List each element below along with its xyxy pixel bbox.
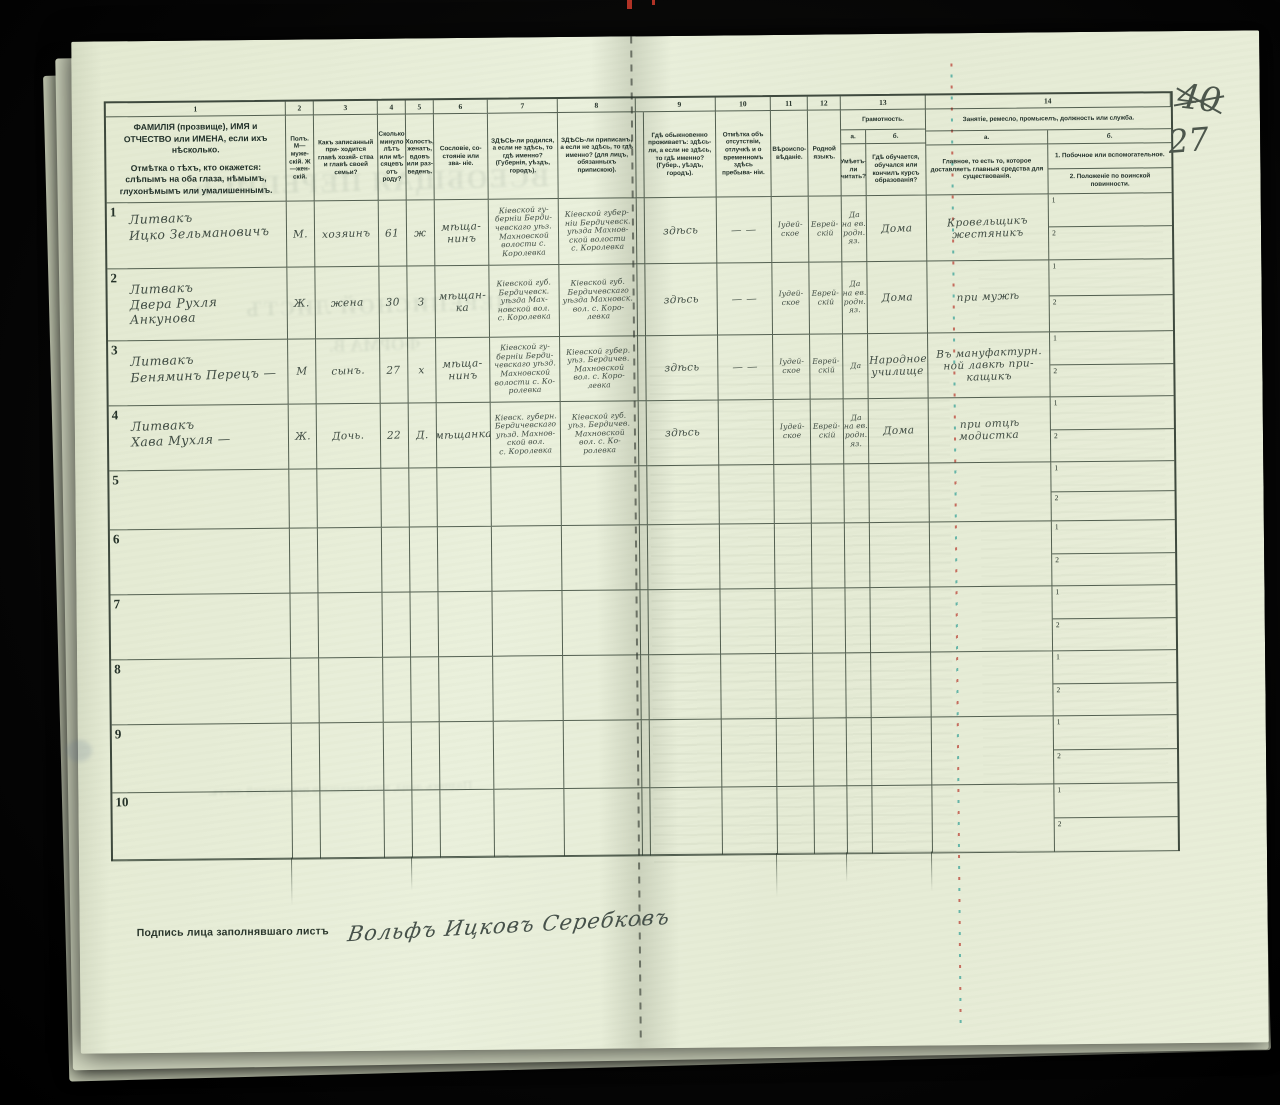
- red-mark: [627, 0, 632, 9]
- cell-r10-reg: [564, 788, 643, 857]
- header-column-number-11: 11: [771, 97, 808, 111]
- cell-r10-side-occupation: 1: [1054, 783, 1177, 818]
- cell-r8-res: [649, 655, 722, 721]
- cell-r5-born: [491, 467, 562, 527]
- cell-r4-religion: Іудей-ское: [774, 400, 812, 465]
- cell-r1-rel: хозяинъ: [315, 201, 380, 268]
- cell-r9-age: [384, 722, 413, 790]
- cell-r3-age: 27: [380, 339, 409, 404]
- cell-r5-side-occupation: 1: [1051, 461, 1174, 492]
- header-col-c2: Полъ. М—муже- скій. Ж—жен- скій.: [286, 115, 315, 201]
- cell-r10-res: [650, 788, 723, 857]
- cell-r4-occ: при отцѣмодистка: [929, 397, 1052, 463]
- cell-r9-side-occupation: 1: [1054, 715, 1177, 750]
- cell-r10-edu: [872, 785, 933, 854]
- cell-r8-mar: [411, 657, 440, 722]
- cell-r9-religion: [777, 719, 815, 787]
- cell-r6-age: [382, 527, 411, 592]
- cell-r3-lang: Еврей-скій: [810, 334, 844, 399]
- cell-r6-born: [492, 526, 563, 592]
- header-fold-gap: [636, 98, 644, 112]
- cell-r1-born: Кіевской гу-берніи Берди-чевскаго уѣз.Ма…: [489, 199, 560, 266]
- cell-r6-reg: [562, 525, 641, 591]
- cell-r1-age: 61: [379, 201, 408, 267]
- header-col1-name: ФАМИЛІЯ (прозвище), ИМЯ и ОТЧЕСТВО или И…: [106, 116, 287, 204]
- cell-r5-lang: [811, 464, 845, 523]
- cell-r7-military: 2: [1053, 618, 1176, 651]
- cell-r1-side-occupation: 1: [1049, 193, 1172, 227]
- cell-r2-lit: Дана ев.родн.яз.: [842, 262, 868, 334]
- header-col14b-military-label: 2. Положеніе по воинской повинности.: [1048, 168, 1171, 194]
- cell-r2-born: Кіевской губ.Бердичевск.уѣзда Мах-новско…: [489, 265, 560, 338]
- cell-r10-occ: [932, 784, 1055, 853]
- cell-r6-abs: [720, 524, 776, 590]
- cell-r5-est: [437, 468, 492, 528]
- cell-r3-name: 3ЛитвакъБеняминъ Перецъ —: [108, 340, 289, 407]
- cell-r2-sex: Ж.: [287, 267, 316, 339]
- page-corner-numbers: 40 27: [1178, 79, 1222, 159]
- cell-r6-lit: [845, 523, 871, 588]
- header-col-c7: ЗДѢСЬ-ли родился, а если не здѣсь, то гд…: [488, 113, 559, 200]
- header-col-c5: Холостъ, женатъ, вдовъ или раз- веденъ.: [406, 114, 435, 200]
- cell-r9-edu: [872, 717, 933, 786]
- cell-r1-reg: Кіевской губер-ніи Бердичевск.уѣзда Махн…: [559, 198, 638, 265]
- cell-r8-age: [383, 657, 412, 722]
- cell-r2-est: мѣщан-ка: [435, 266, 490, 339]
- cell-r6-sex: [290, 528, 319, 593]
- cell-r1-est: мѣща-нинъ: [435, 200, 490, 267]
- cell-r8-religion: [776, 654, 814, 719]
- cell-r5-military: 2: [1052, 491, 1175, 521]
- cell-r9-lang: [814, 718, 848, 786]
- cell-r6-religion: [775, 524, 813, 589]
- cell-r7-lang: [812, 588, 846, 653]
- cell-r8-side-occupation: 1: [1053, 650, 1176, 684]
- cell-r7-reg: [562, 590, 641, 656]
- cell-r2-rel: жена: [315, 267, 380, 340]
- cell-r4-lang: Еврей-скій: [811, 399, 845, 464]
- cell-r10-est: [440, 790, 495, 859]
- cell-r6-edu: [870, 523, 931, 589]
- cell-r10-lang: [814, 786, 848, 854]
- cell-r3-mar: х: [408, 338, 437, 403]
- cell-r10-sex: [292, 791, 321, 859]
- cell-r3-military: 2: [1050, 364, 1173, 397]
- header-col-c10: Отмѣтка объ отсутствіи, отлучкѣ и о врем…: [716, 111, 772, 198]
- census-table: 1234567891011121314ФАМИЛІЯ (прозвище), И…: [104, 91, 1180, 861]
- cell-r7-age: [382, 592, 411, 657]
- cell-r7-res: [648, 590, 721, 656]
- cell-r3-religion: Іудей-ское: [773, 335, 811, 400]
- line-extension: [291, 858, 292, 906]
- cell-r3-rel: сынъ.: [316, 339, 381, 405]
- header-col-c9: Гдѣ обыкновенно проживаетъ: здѣсь-ли, а …: [644, 112, 717, 199]
- cell-r9-reg: [564, 720, 643, 789]
- header-col13b-label: Гдѣ обучается, обучался или кончилъ курс…: [866, 144, 926, 197]
- cell-r8-edu: [871, 652, 932, 718]
- cell-r2-side-occupation: 1: [1049, 259, 1172, 296]
- cell-r6-rel: [318, 528, 383, 594]
- cell-r10-lit: [847, 786, 873, 854]
- cell-r4-edu: Дома: [869, 399, 930, 465]
- cell-r1-lit: Дана ев.родн.яз.: [842, 196, 868, 262]
- cell-r2-military: 2: [1050, 295, 1173, 332]
- header-column-number-8: 8: [558, 98, 636, 113]
- cell-r8-born: [493, 656, 564, 722]
- photo-background: { "page": { "corner_number_old": "40", "…: [0, 0, 1280, 1105]
- cell-r1-mar: ж: [407, 200, 436, 266]
- header-col13b-letter: б.: [866, 130, 926, 145]
- signature-label: Подпись лица заполнявшаго листъ: [137, 925, 329, 939]
- cell-r6-mar: [410, 527, 439, 592]
- cell-r5-abs: [719, 465, 775, 525]
- cell-r3-born: Кіевской гу-берніи Берди-чевскаго уѣзд.М…: [490, 337, 561, 403]
- cell-r9-lit: [847, 718, 873, 786]
- cell-r8-est: [439, 657, 494, 723]
- cell-r3-edu: Народноеучилище: [868, 334, 929, 400]
- cell-r3-res: здѣсь: [646, 336, 719, 402]
- line-extension: [411, 856, 412, 890]
- cell-r7-side-occupation: 1: [1052, 585, 1175, 619]
- cell-r3-reg: Кіевской губер.уѣз. Бердичев.Махновскойв…: [560, 336, 639, 402]
- cell-r5-occ: [929, 462, 1052, 522]
- cell-r9-occ: [932, 716, 1055, 785]
- cell-r9-rel: [320, 723, 385, 792]
- cell-r6-est: [438, 527, 493, 593]
- cell-r8-lang: [813, 653, 847, 718]
- header-column-number-5: 5: [406, 100, 434, 114]
- cell-r5-rel: [317, 469, 382, 529]
- cell-r1-sex: М.: [287, 201, 316, 267]
- cell-r7-religion: [775, 589, 813, 654]
- cell-r6-side-occupation: 1: [1052, 520, 1175, 554]
- cell-r4-born: Кіевск. губерн.Бердичевскагоуѣзд. Махнов…: [491, 402, 562, 468]
- header-column-number-10: 10: [716, 97, 771, 112]
- cell-r8-military: 2: [1053, 683, 1176, 716]
- cell-r5-lit: [844, 464, 870, 523]
- cell-r4-name: 4ЛитвакъХава Мухля —: [109, 405, 290, 472]
- header-column-number-3: 3: [314, 101, 378, 116]
- header-group-literacy: Грамотность.: [841, 110, 926, 131]
- cell-r8-sex: [291, 658, 320, 723]
- cell-r7-occ: [930, 586, 1053, 652]
- cell-r2-reg: Кіевской губ.Бердичевскагоуѣзда Махновск…: [559, 264, 638, 337]
- cell-r4-res: здѣсь: [647, 401, 720, 467]
- cell-r4-abs: [719, 400, 775, 466]
- red-mark: [652, 0, 655, 5]
- cell-r6-military: 2: [1052, 553, 1175, 586]
- cell-r4-est: мѣщанка: [437, 403, 492, 469]
- cell-r1-name: 1ЛитвакъИцко Зельмановичъ: [107, 202, 288, 270]
- header-col-c3: Какъ записанный при- ходится главѣ хозяй…: [314, 115, 379, 202]
- cell-r5-age: [381, 468, 410, 527]
- cell-r1-religion: Іудей-ское: [772, 197, 810, 263]
- header-column-number-13: 13: [841, 96, 926, 111]
- cell-r6-name: 6: [110, 529, 291, 596]
- header-group-occupation: Занятіе, ремесло, промыселъ, должность и…: [926, 107, 1171, 131]
- cell-r10-born: [494, 789, 565, 858]
- signature-row: Подпись лица заполнявшаго листъ Вольфъ И…: [137, 912, 670, 941]
- cell-r2-edu: Дома: [867, 262, 928, 335]
- cell-r1-edu: Дома: [867, 196, 928, 263]
- cell-r1-abs: — —: [717, 197, 773, 264]
- header-column-number-12: 12: [808, 96, 841, 110]
- cell-r4-mar: Д.: [409, 403, 438, 468]
- header-col14b-letter: б.: [1048, 129, 1171, 144]
- cell-r1-lang: Еврей-скій: [809, 196, 843, 262]
- page-number-crossed-out: 40: [1175, 76, 1223, 121]
- cell-r9-abs: [722, 719, 778, 788]
- cell-r7-rel: [318, 593, 383, 659]
- header-column-number-4: 4: [378, 101, 406, 115]
- header-column-number-2: 2: [286, 101, 314, 115]
- cell-r5-res: [647, 466, 720, 526]
- cell-r2-abs: — —: [717, 263, 773, 336]
- cell-r6-occ: [930, 521, 1053, 587]
- cell-r10-age: [384, 790, 413, 858]
- header-column-number-7: 7: [488, 99, 558, 114]
- header-col-c6: Сословіе, со- стояніе или зва- ніе.: [434, 114, 489, 201]
- cell-r10-abs: [722, 787, 778, 856]
- cell-r7-name: 7: [110, 594, 291, 661]
- cell-r3-occ: Въ мануфактурн.ной лавкѣ при-кащикъ: [928, 332, 1051, 398]
- cell-r9-mar: [412, 722, 441, 790]
- cell-r1-res: здѣсь: [645, 198, 718, 265]
- cell-r3-est: мѣща-нинъ: [436, 338, 491, 404]
- cell-r9-name: 9: [112, 724, 293, 794]
- cell-r5-reg: [561, 466, 640, 526]
- cell-r2-age: 30: [379, 267, 408, 339]
- header-column-number-6: 6: [434, 100, 488, 115]
- cell-r10-religion: [777, 787, 815, 855]
- cell-r10-rel: [320, 791, 385, 860]
- cell-r2-res: здѣсь: [645, 264, 718, 337]
- cell-r5-edu: [869, 464, 930, 524]
- cell-r9-est: [440, 722, 495, 791]
- page-number-current: 27: [1167, 119, 1223, 161]
- cell-r8-abs: [721, 654, 777, 720]
- cell-r9-sex: [292, 723, 321, 791]
- cell-r8-reg: [563, 655, 642, 721]
- ink-smudge: [66, 740, 92, 762]
- cell-r3-sex: М: [288, 339, 317, 404]
- cell-r9-military: 2: [1054, 749, 1177, 784]
- cell-r7-sex: [290, 593, 319, 658]
- cell-r8-name: 8: [111, 659, 292, 726]
- cell-r8-occ: [931, 651, 1054, 717]
- cell-r1-military: 2: [1049, 226, 1172, 260]
- cell-r10-military: 2: [1055, 817, 1178, 852]
- cell-r4-military: 2: [1051, 429, 1174, 462]
- cell-r4-rel: Дочь.: [317, 404, 382, 470]
- cell-r3-side-occupation: 1: [1050, 331, 1173, 365]
- cell-r6-lang: [812, 523, 846, 588]
- cell-r2-mar: З: [407, 266, 436, 338]
- cell-r7-est: [438, 592, 493, 658]
- header-col14a-letter: а.: [926, 130, 1048, 145]
- header-col-c8: ЗДѢСЬ-ли приписанъ, а если не здѣсь, то …: [558, 112, 637, 199]
- census-sheet: ВСЕОБЩАЯ ПЕРЕПИСЬ ПЕРЕПИСНОЙ ЛИСТЪ ФОРМА…: [71, 30, 1269, 1053]
- cell-r4-age: 22: [381, 404, 410, 469]
- cell-r3-abs: — —: [718, 335, 774, 401]
- cell-r2-religion: Іудей-ское: [772, 263, 810, 335]
- cell-r5-name: 5: [109, 470, 290, 531]
- header-col-c11: Вѣроиспо- вѣданіе.: [771, 111, 809, 197]
- cell-r6-res: [648, 525, 721, 591]
- cell-r4-lit: Дана ев.родн.яз.: [844, 399, 870, 464]
- cell-r2-lang: Еврей-скій: [809, 262, 843, 334]
- cell-r10-mar: [412, 790, 441, 858]
- cell-r7-lit: [845, 588, 871, 653]
- cell-r3-lit: Да: [843, 334, 869, 399]
- cell-r7-abs: [720, 589, 776, 655]
- cell-r4-reg: Кіевской губ.уѣз. Бердичев.Махновскойвол…: [561, 401, 640, 467]
- cell-r7-born: [492, 591, 563, 657]
- header-col-c12: Родной языкъ.: [808, 110, 842, 196]
- cell-r5-mar: [409, 468, 438, 527]
- cell-r9-res: [650, 720, 723, 789]
- header-col14a-label: Главное, то есть то, которое доставляетъ…: [926, 144, 1048, 195]
- header-col14b-side-label: 1. Побочное или вспомогательное.: [1048, 143, 1171, 169]
- cell-r10-name: 10: [112, 792, 293, 862]
- header-column-number-9: 9: [644, 98, 716, 113]
- cell-r4-side-occupation: 1: [1051, 396, 1174, 430]
- cell-r7-mar: [410, 592, 439, 657]
- cell-r9-born: [494, 721, 565, 790]
- cell-r8-lit: [846, 653, 872, 718]
- signature-handwriting: Вольфъ Ицковъ Серебковъ: [346, 905, 672, 946]
- header-col13a-label: Умѣетъ- ли читать?: [841, 144, 866, 196]
- cell-r1-occ: Кровельщикъжестяникъ: [927, 194, 1050, 261]
- header-col13a-letter: а.: [841, 130, 866, 144]
- cell-r4-sex: Ж.: [289, 404, 318, 469]
- cell-r2-occ: при мужѣ: [927, 260, 1050, 333]
- cell-r7-edu: [870, 588, 931, 654]
- cell-r8-rel: [319, 658, 384, 724]
- cell-r2-name: 2ЛитвакъДвера РухляАнкунова: [107, 268, 288, 342]
- cell-r5-religion: [774, 465, 812, 524]
- cell-r5-sex: [289, 469, 318, 528]
- header-col-c4: Сколько минуло лѣтъ или мѣ- сяцевъ отъ р…: [378, 115, 407, 201]
